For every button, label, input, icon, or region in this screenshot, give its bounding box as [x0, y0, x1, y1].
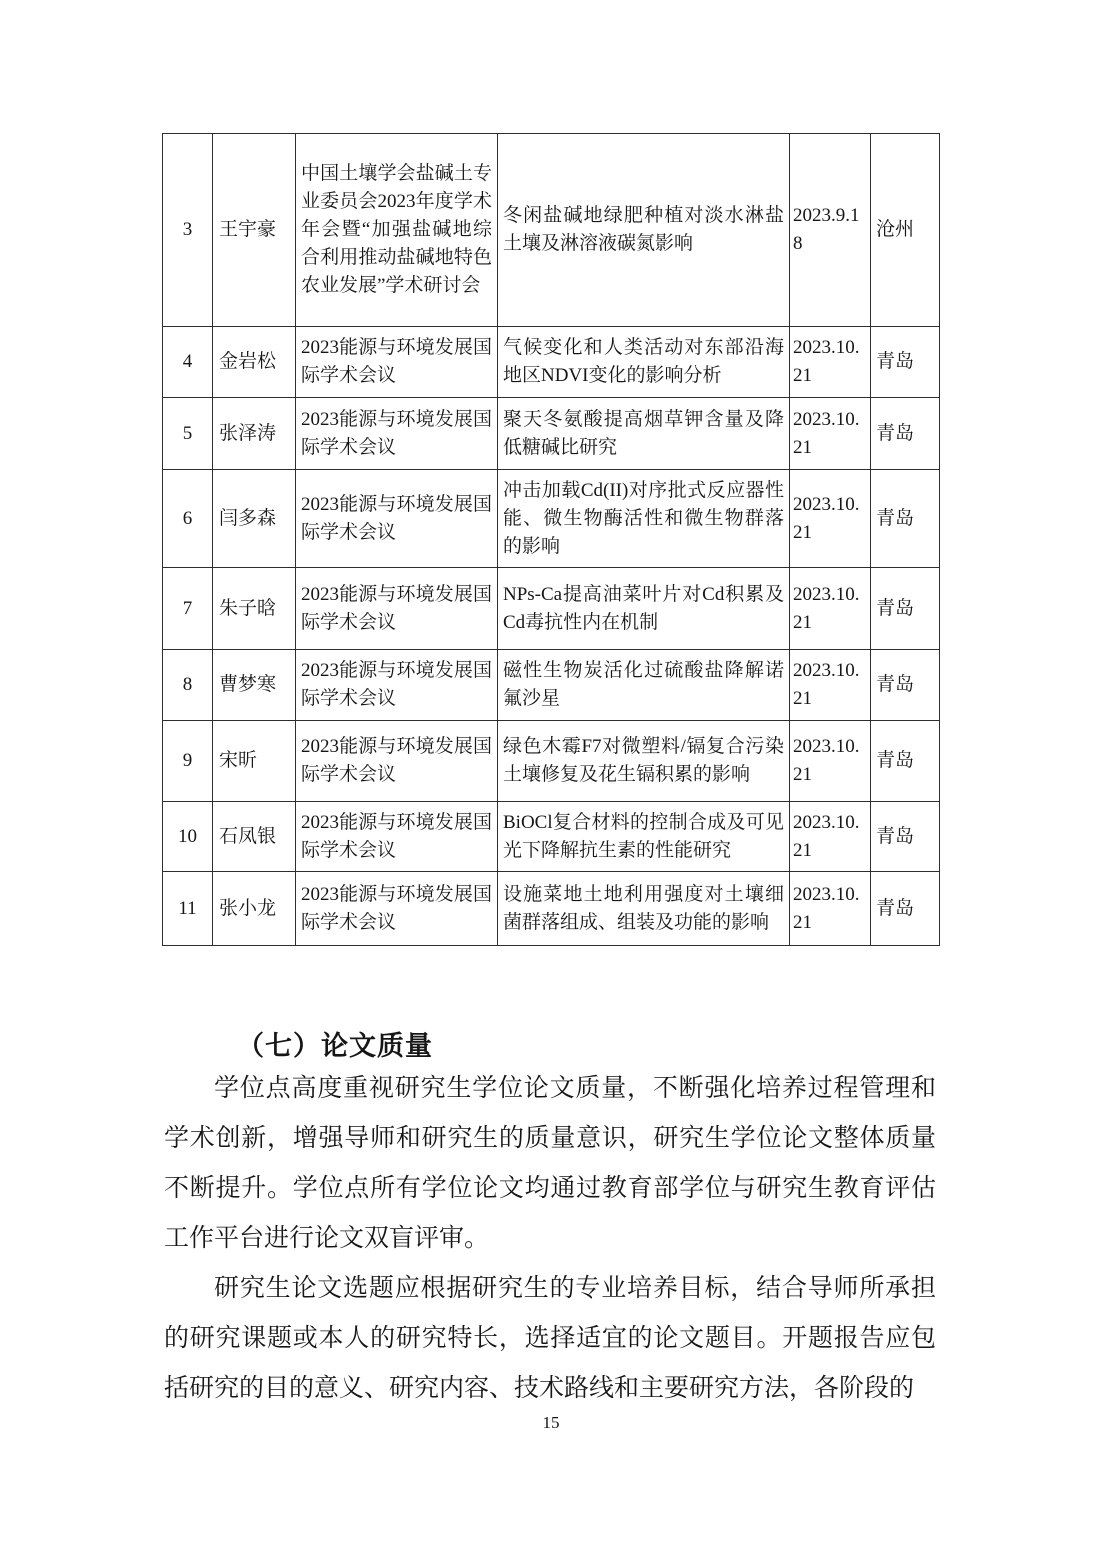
row-index-cell: 9 [163, 721, 213, 802]
student-name-cell: 张泽涛 [213, 398, 296, 470]
row-index-cell: 7 [163, 568, 213, 650]
conference-cell: 2023能源与环境发展国际学术会议 [296, 650, 498, 721]
location-cell: 青岛 [871, 327, 940, 398]
student-name-cell: 石凤银 [213, 802, 296, 872]
location-cell: 青岛 [871, 802, 940, 872]
location-cell: 青岛 [871, 470, 940, 568]
paper-title-cell: 聚天冬氨酸提高烟草钾含量及降低糖碱比研究 [498, 398, 790, 470]
student-name-cell: 曹梦寒 [213, 650, 296, 721]
table-row: 7 朱子晗 2023能源与环境发展国际学术会议 NPs-Ca提高油菜叶片对Cd积… [163, 568, 940, 650]
paper-title-cell: 磁性生物炭活化过硫酸盐降解诺氟沙星 [498, 650, 790, 721]
paper-title-cell: BiOCl复合材料的控制合成及可见光下降解抗生素的性能研究 [498, 802, 790, 872]
table-row: 8 曹梦寒 2023能源与环境发展国际学术会议 磁性生物炭活化过硫酸盐降解诺氟沙… [163, 650, 940, 721]
date-cell: 2023.9.18 [790, 134, 871, 327]
table-row: 5 张泽涛 2023能源与环境发展国际学术会议 聚天冬氨酸提高烟草钾含量及降低糖… [163, 398, 940, 470]
date-cell: 2023.10.21 [790, 721, 871, 802]
table-row: 6 闫多森 2023能源与环境发展国际学术会议 冲击加载Cd(II)对序批式反应… [163, 470, 940, 568]
date-cell: 2023.10.21 [790, 398, 871, 470]
date-cell: 2023.10.21 [790, 650, 871, 721]
table-row: 11 张小龙 2023能源与环境发展国际学术会议 设施菜地土地利用强度对土壤细菌… [163, 872, 940, 946]
conference-cell: 2023能源与环境发展国际学术会议 [296, 872, 498, 946]
paper-title-cell: 气候变化和人类活动对东部沿海地区NDVI变化的影响分析 [498, 327, 790, 398]
student-name-cell: 张小龙 [213, 872, 296, 946]
location-cell: 青岛 [871, 568, 940, 650]
conference-cell: 2023能源与环境发展国际学术会议 [296, 721, 498, 802]
table-row: 3 王宇豪 中国土壤学会盐碱土专业委员会2023年度学术年会暨“加强盐碱地综合利… [163, 134, 940, 327]
location-cell: 青岛 [871, 650, 940, 721]
location-cell: 沧州 [871, 134, 940, 327]
date-cell: 2023.10.21 [790, 470, 871, 568]
paper-title-cell: 冬闲盐碱地绿肥种植对淡水淋盐土壤及淋溶液碳氮影响 [498, 134, 790, 327]
date-cell: 2023.10.21 [790, 802, 871, 872]
date-cell: 2023.10.21 [790, 568, 871, 650]
row-index-cell: 5 [163, 398, 213, 470]
conference-cell: 2023能源与环境发展国际学术会议 [296, 398, 498, 470]
table-row: 9 宋昕 2023能源与环境发展国际学术会议 绿色木霉F7对微塑料/镉复合污染土… [163, 721, 940, 802]
row-index-cell: 6 [163, 470, 213, 568]
paper-title-cell: 冲击加载Cd(II)对序批式反应器性能、微生物酶活性和微生物群落的影响 [498, 470, 790, 568]
location-cell: 青岛 [871, 721, 940, 802]
paper-title-cell: NPs-Ca提高油菜叶片对Cd积累及Cd毒抗性内在机制 [498, 568, 790, 650]
student-name-cell: 宋昕 [213, 721, 296, 802]
student-name-cell: 朱子晗 [213, 568, 296, 650]
table-row: 10 石凤银 2023能源与环境发展国际学术会议 BiOCl复合材料的控制合成及… [163, 802, 940, 872]
page-number: 15 [0, 1413, 1102, 1433]
student-name-cell: 闫多森 [213, 470, 296, 568]
conference-cell: 2023能源与环境发展国际学术会议 [296, 568, 498, 650]
paper-title-cell: 设施菜地土地利用强度对土壤细菌群落组成、组装及功能的影响 [498, 872, 790, 946]
row-index-cell: 10 [163, 802, 213, 872]
student-name-cell: 金岩松 [213, 327, 296, 398]
location-cell: 青岛 [871, 872, 940, 946]
conference-cell: 2023能源与环境发展国际学术会议 [296, 802, 498, 872]
body-paragraph: 研究生论文选题应根据研究生的专业培养目标，结合导师所承担的研究课题或本人的研究特… [164, 1264, 936, 1414]
date-cell: 2023.10.21 [790, 872, 871, 946]
body-paragraph: 学位点高度重视研究生学位论文质量，不断强化培养过程管理和学术创新，增强导师和研究… [164, 1064, 936, 1264]
date-cell: 2023.10.21 [790, 327, 871, 398]
paper-title-cell: 绿色木霉F7对微塑料/镉复合污染土壤修复及花生镉积累的影响 [498, 721, 790, 802]
row-index-cell: 8 [163, 650, 213, 721]
section-body: 学位点高度重视研究生学位论文质量，不断强化培养过程管理和学术创新，增强导师和研究… [164, 1064, 936, 1414]
row-index-cell: 3 [163, 134, 213, 327]
location-cell: 青岛 [871, 398, 940, 470]
conference-cell: 中国土壤学会盐碱土专业委员会2023年度学术年会暨“加强盐碱地综合利用推动盐碱地… [296, 134, 498, 327]
conference-cell: 2023能源与环境发展国际学术会议 [296, 327, 498, 398]
table-row: 4 金岩松 2023能源与环境发展国际学术会议 气候变化和人类活动对东部沿海地区… [163, 327, 940, 398]
row-index-cell: 11 [163, 872, 213, 946]
row-index-cell: 4 [163, 327, 213, 398]
conference-papers-table: 3 王宇豪 中国土壤学会盐碱土专业委员会2023年度学术年会暨“加强盐碱地综合利… [162, 133, 940, 946]
section-heading: （七）论文质量 [237, 1024, 433, 1063]
conference-cell: 2023能源与环境发展国际学术会议 [296, 470, 498, 568]
student-name-cell: 王宇豪 [213, 134, 296, 327]
